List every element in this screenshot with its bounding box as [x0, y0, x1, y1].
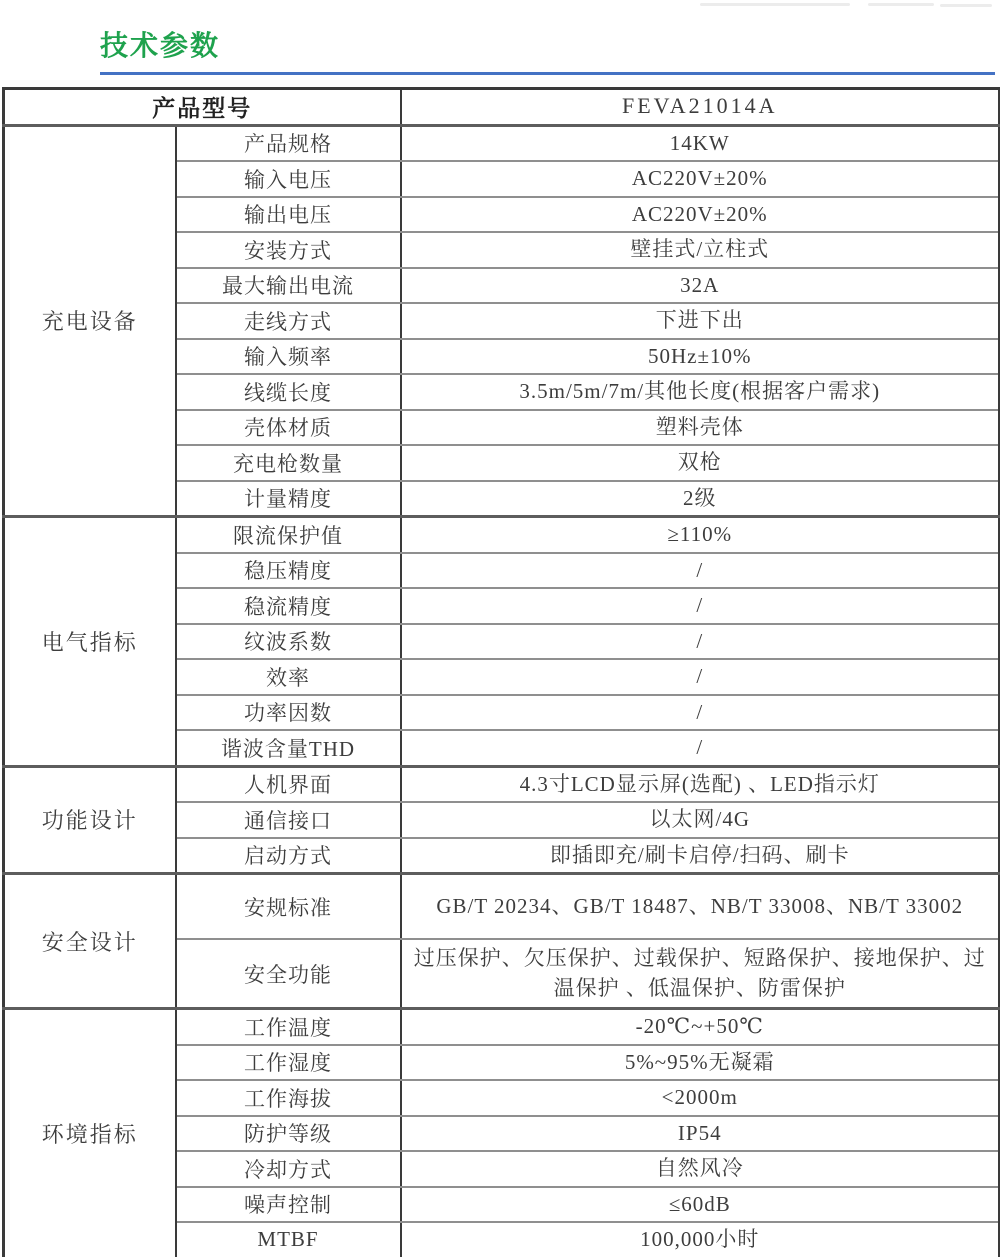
header-row: 产品型号 FEVA21014A — [4, 89, 1000, 126]
param-label: 产品规格 — [176, 125, 401, 161]
param-value: 过压保护、欠压保护、过载保护、短路保护、接地保护、过温保护 、低温保护、防雷保护 — [401, 939, 1000, 1009]
param-value: / — [401, 695, 1000, 731]
param-value: / — [401, 588, 1000, 624]
scan-artifact — [940, 4, 992, 7]
param-label: 安装方式 — [176, 232, 401, 268]
param-label: 谐波含量THD — [176, 730, 401, 766]
param-label: 工作温度 — [176, 1009, 401, 1045]
page-title: 技术参数 — [100, 24, 1000, 64]
param-label: 功率因数 — [176, 695, 401, 731]
param-value: 50Hz±10% — [401, 339, 1000, 375]
param-value: 5%~95%无凝霜 — [401, 1045, 1000, 1081]
param-label: 计量精度 — [176, 481, 401, 517]
param-value: 双枪 — [401, 445, 1000, 481]
param-label: 输入频率 — [176, 339, 401, 375]
param-value: 100,000小时 — [401, 1222, 1000, 1257]
param-value: GB/T 20234、GB/T 18487、NB/T 33008、NB/T 33… — [401, 874, 1000, 940]
spec-row: 功能设计 人机界面 4.3寸LCD显示屏(选配) 、LED指示灯 — [4, 766, 1000, 802]
param-label: 线缆长度 — [176, 374, 401, 410]
param-value: 2级 — [401, 481, 1000, 517]
group-function-design: 功能设计 — [4, 766, 176, 874]
param-label: 工作湿度 — [176, 1045, 401, 1081]
scan-artifact — [868, 3, 934, 6]
param-label: 稳压精度 — [176, 553, 401, 589]
param-value: IP54 — [401, 1116, 1000, 1152]
param-label: 人机界面 — [176, 766, 401, 802]
param-label: 安全功能 — [176, 939, 401, 1009]
param-label: 纹波系数 — [176, 624, 401, 660]
group-charging-equipment: 充电设备 — [4, 125, 176, 517]
param-label: 稳流精度 — [176, 588, 401, 624]
param-value: AC220V±20% — [401, 161, 1000, 197]
param-value: 14KW — [401, 125, 1000, 161]
spec-row: 电气指标 限流保护值 ≥110% — [4, 517, 1000, 553]
param-label: 防护等级 — [176, 1116, 401, 1152]
param-value: / — [401, 659, 1000, 695]
param-label: 充电枪数量 — [176, 445, 401, 481]
param-value: 自然风冷 — [401, 1151, 1000, 1187]
param-label: 冷却方式 — [176, 1151, 401, 1187]
product-model-value: FEVA21014A — [401, 89, 1000, 126]
group-safety-design: 安全设计 — [4, 874, 176, 1009]
param-label: MTBF — [176, 1222, 401, 1257]
param-label: 最大输出电流 — [176, 268, 401, 304]
param-label: 走线方式 — [176, 303, 401, 339]
param-value: 以太网/4G — [401, 802, 1000, 838]
param-value: ≥110% — [401, 517, 1000, 553]
param-label: 工作海拔 — [176, 1080, 401, 1116]
param-value: / — [401, 730, 1000, 766]
param-value: / — [401, 624, 1000, 660]
group-environmental-indicators: 环境指标 — [4, 1009, 176, 1257]
param-label: 通信接口 — [176, 802, 401, 838]
product-model-label: 产品型号 — [4, 89, 401, 126]
param-label: 启动方式 — [176, 838, 401, 874]
group-electrical-indicators: 电气指标 — [4, 517, 176, 767]
param-value: 下进下出 — [401, 303, 1000, 339]
param-value: 3.5m/5m/7m/其他长度(根据客户需求) — [401, 374, 1000, 410]
param-label: 噪声控制 — [176, 1187, 401, 1223]
param-label: 壳体材质 — [176, 410, 401, 446]
param-label: 安规标准 — [176, 874, 401, 940]
title-underline — [100, 72, 995, 75]
param-label: 输入电压 — [176, 161, 401, 197]
param-value: 32A — [401, 268, 1000, 304]
param-value: 即插即充/刷卡启停/扫码、刷卡 — [401, 838, 1000, 874]
spec-row: 充电设备 产品规格 14KW — [4, 125, 1000, 161]
param-value: <2000m — [401, 1080, 1000, 1116]
param-label: 输出电压 — [176, 197, 401, 233]
param-label: 限流保护值 — [176, 517, 401, 553]
scan-artifact — [700, 3, 850, 6]
param-value: / — [401, 553, 1000, 589]
param-value: AC220V±20% — [401, 197, 1000, 233]
spec-row: 环境指标 工作温度 -20℃~+50℃ — [4, 1009, 1000, 1045]
param-value: 4.3寸LCD显示屏(选配) 、LED指示灯 — [401, 766, 1000, 802]
param-value: 壁挂式/立柱式 — [401, 232, 1000, 268]
param-value: ≤60dB — [401, 1187, 1000, 1223]
param-value: -20℃~+50℃ — [401, 1009, 1000, 1045]
param-label: 效率 — [176, 659, 401, 695]
param-value: 塑料壳体 — [401, 410, 1000, 446]
spec-table: 产品型号 FEVA21014A 充电设备 产品规格 14KW 输入电压AC220… — [2, 87, 1000, 1257]
spec-row: 安全设计 安规标准 GB/T 20234、GB/T 18487、NB/T 330… — [4, 874, 1000, 940]
